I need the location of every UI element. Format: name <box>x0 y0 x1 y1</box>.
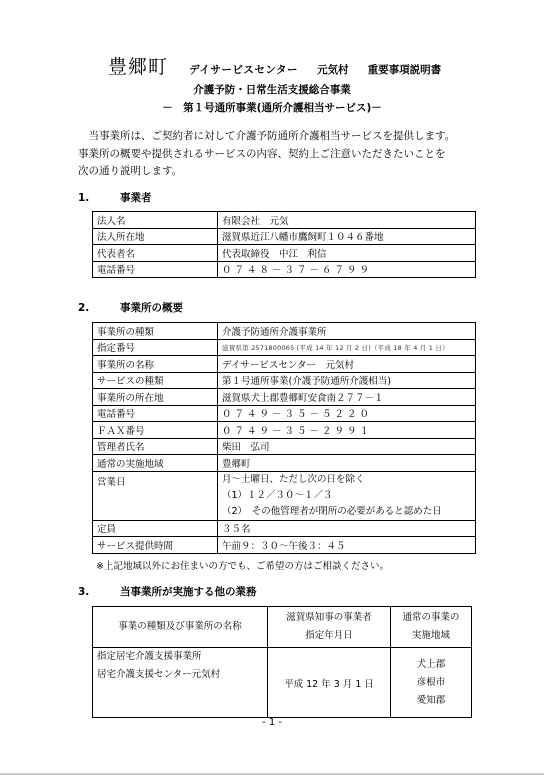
document-page: 豊郷町 デイサービスセンター 元気村 重要事項説明書 介護予防・日常生活支援総合… <box>0 0 544 773</box>
section-heading-operator: 1.事業者 <box>78 190 152 205</box>
service-area-cell: 犬上郡 彦根市 愛知郡 <box>391 648 472 718</box>
designation-date-cell: 平成 12 年 3 月 1 日 <box>268 648 391 718</box>
business-days-line: 月～土曜日、ただし次の日を除く <box>222 472 471 488</box>
table-row: 事業所の名称 デイサービスセンター 元気村 <box>93 356 476 373</box>
row-value: 滋賀県近江八幡市鷹飼町１０４６番地 <box>218 228 476 245</box>
row-label: 通常の実施地域 <box>93 455 218 472</box>
intro-line: 次の通り説明します。 <box>78 163 478 181</box>
table-row: 指定居宅介護支援事業所 居宅介護支援センター元気村 平成 12 年 3 月 1 … <box>93 648 472 718</box>
intro-line: 当事業所は、ご契約者に対して介護予防通所介護相当サービスを提供します。 <box>78 128 478 146</box>
document-type: 重要事項説明書 <box>368 64 442 76</box>
row-value: 月～土曜日、ただし次の日を除く （1）１２／３０～１／３ （2） その他管理者が… <box>218 471 476 520</box>
row-value: ０７４８－３７－６７９９ <box>218 261 476 278</box>
row-label: 指定番号 <box>93 339 218 356</box>
operator-table: 法人名 有限会社 元気 法人所在地 滋賀県近江八幡市鷹飼町１０４６番地 代表者名… <box>92 211 476 278</box>
row-value: 有限会社 元気 <box>218 212 476 229</box>
table-row: ＦＡＸ番号 ０７４９－３５－２９９１ <box>93 422 476 439</box>
row-label: 営業日 <box>93 471 218 520</box>
section-heading-other-services: 3.当事業所が実施する他の業務 <box>78 584 257 599</box>
row-label: サービス提供時間 <box>93 537 218 554</box>
row-label: 事業所の所在地 <box>93 389 218 406</box>
subtitle-service: － 第１号通所事業(通所介護相当サービス)－ <box>0 100 544 115</box>
row-value: 滋賀県第 2571800065 (平成 14 年 12 月 2 日)（平成 18… <box>218 339 476 356</box>
row-label: ＦＡＸ番号 <box>93 422 218 439</box>
header-cell-name: 事業の種類及び事業所の名称 <box>93 607 268 648</box>
row-value: 第１号通所事業(介護予防通所介護相当) <box>218 372 476 389</box>
row-value: 代表取締役 中江 利信 <box>218 245 476 262</box>
business-days-line: （2） その他管理者が閉所の必要があると認めた日 <box>222 504 471 520</box>
service-name-cell: 指定居宅介護支援事業所 居宅介護支援センター元気村 <box>93 648 268 718</box>
page-number: - 1 - <box>0 717 544 728</box>
table-header-row: 事業の種類及び事業所の名称 滋賀県知事の事業者 指定年月日 通常の事業の 実施地… <box>93 607 472 648</box>
row-value: 滋賀県犬上郡豊郷町安食南２７７－１ <box>218 389 476 406</box>
table-row: サービスの種類 第１号通所事業(介護予防通所介護相当) <box>93 372 476 389</box>
row-label: 代表者名 <box>93 245 218 262</box>
area-note: ※上記地域以外にお住まいの方でも、ご希望の方はご相談ください。 <box>96 558 389 572</box>
row-value: 介護予防通所介護事業所 <box>218 323 476 340</box>
row-label: 事業所の名称 <box>93 356 218 373</box>
overview-table: 事業所の種類 介護予防通所介護事業所 指定番号 滋賀県第 2571800065 … <box>92 322 476 554</box>
table-row: 指定番号 滋賀県第 2571800065 (平成 14 年 12 月 2 日)（… <box>93 339 476 356</box>
row-value: デイサービスセンター 元気村 <box>218 356 476 373</box>
town-name: 豊郷町 <box>108 56 168 78</box>
table-row: 電話番号 ０７４８－３７－６７９９ <box>93 261 476 278</box>
table-row: 通常の実施地域 豊郷町 <box>93 455 476 472</box>
row-value: ３５名 <box>218 520 476 537</box>
row-label: 管理者氏名 <box>93 438 218 455</box>
intro-paragraph: 当事業所は、ご契約者に対して介護予防通所介護相当サービスを提供します。 事業所の… <box>78 128 478 181</box>
table-row: 法人所在地 滋賀県近江八幡市鷹飼町１０４６番地 <box>93 228 476 245</box>
row-label: 定員 <box>93 520 218 537</box>
table-row: 法人名 有限会社 元気 <box>93 212 476 229</box>
table-row: 電話番号 ０７４９－３５－５２２０ <box>93 405 476 422</box>
section-heading-overview: 2.事業所の概要 <box>78 300 183 315</box>
other-services-table: 事業の種類及び事業所の名称 滋賀県知事の事業者 指定年月日 通常の事業の 実施地… <box>92 606 472 718</box>
table-row: 代表者名 代表取締役 中江 利信 <box>93 245 476 262</box>
table-row: 定員 ３５名 <box>93 520 476 537</box>
row-label: 法人所在地 <box>93 228 218 245</box>
intro-line: 事業所の概要や提供されるサービスの内容、契約上ご注意いただきたいことを <box>78 146 478 164</box>
table-row-business-days: 営業日 月～土曜日、ただし次の日を除く （1）１２／３０～１／３ （2） その他… <box>93 471 476 520</box>
table-row: サービス提供時間 午前９：３０～午後３：４５ <box>93 537 476 554</box>
header-cell-area: 通常の事業の 実施地域 <box>391 607 472 648</box>
row-label: 事業所の種類 <box>93 323 218 340</box>
row-label: 法人名 <box>93 212 218 229</box>
row-value: 豊郷町 <box>218 455 476 472</box>
row-value: ０７４９－３５－５２２０ <box>218 405 476 422</box>
table-row: 管理者氏名 柴田 弘司 <box>93 438 476 455</box>
table-row: 事業所の種類 介護予防通所介護事業所 <box>93 323 476 340</box>
header-cell-date: 滋賀県知事の事業者 指定年月日 <box>268 607 391 648</box>
row-label: サービスの種類 <box>93 372 218 389</box>
subtitle-program: 介護予防・日常生活支援総合事業 <box>0 82 544 97</box>
document-title: 豊郷町 デイサービスセンター 元気村 重要事項説明書 <box>108 52 508 76</box>
facility-type: デイサービスセンター <box>189 64 298 76</box>
row-value: 午前９：３０～午後３：４５ <box>218 537 476 554</box>
row-label: 電話番号 <box>93 261 218 278</box>
row-value: 柴田 弘司 <box>218 438 476 455</box>
business-days-line: （1）１２／３０～１／３ <box>222 488 471 504</box>
row-label: 電話番号 <box>93 405 218 422</box>
table-row: 事業所の所在地 滋賀県犬上郡豊郷町安食南２７７－１ <box>93 389 476 406</box>
facility-name: 元気村 <box>317 64 349 76</box>
row-value: ０７４９－３５－２９９１ <box>218 422 476 439</box>
